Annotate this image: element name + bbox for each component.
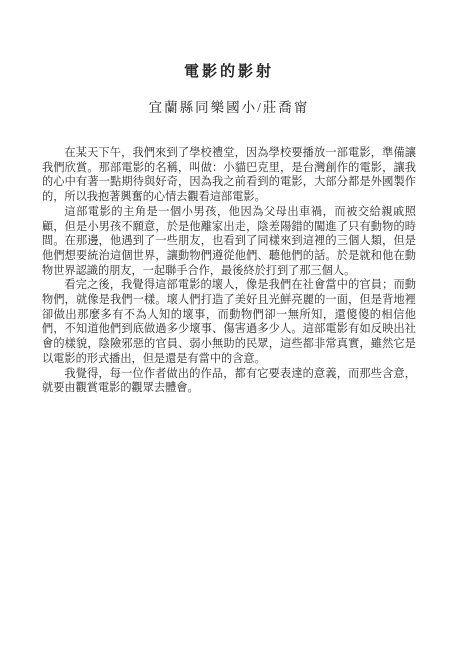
essay-byline: 宜蘭縣同樂國小/莊喬甯	[0, 96, 458, 116]
essay-paragraph-3: 看完之後，我覺得這部電影的壞人，像是我們在社會當中的官員；而動物們，就像是我們一…	[42, 278, 416, 366]
essay-body: 在某天下午，我們來到了學校禮堂，因為學校要播放一部電影，準備讓我們欣賞。那部電影…	[42, 146, 416, 396]
essay-paragraph-2: 這部電影的主角是一個小男孩，他因為父母出車禍，而被交給親戚照顧，但是小男孩不願意…	[42, 205, 416, 279]
essay-paragraph-1: 在某天下午，我們來到了學校禮堂，因為學校要播放一部電影，準備讓我們欣賞。那部電影…	[42, 146, 416, 205]
essay-title: 電影的影射	[0, 0, 458, 81]
document-page: 電影的影射 宜蘭縣同樂國小/莊喬甯 在某天下午，我們來到了學校禮堂，因為學校要播…	[0, 0, 458, 648]
essay-paragraph-4: 我覺得，每一位作者做出的作品，都有它要表達的意義，而那些含意，就要由觀賞電影的觀…	[42, 367, 416, 396]
